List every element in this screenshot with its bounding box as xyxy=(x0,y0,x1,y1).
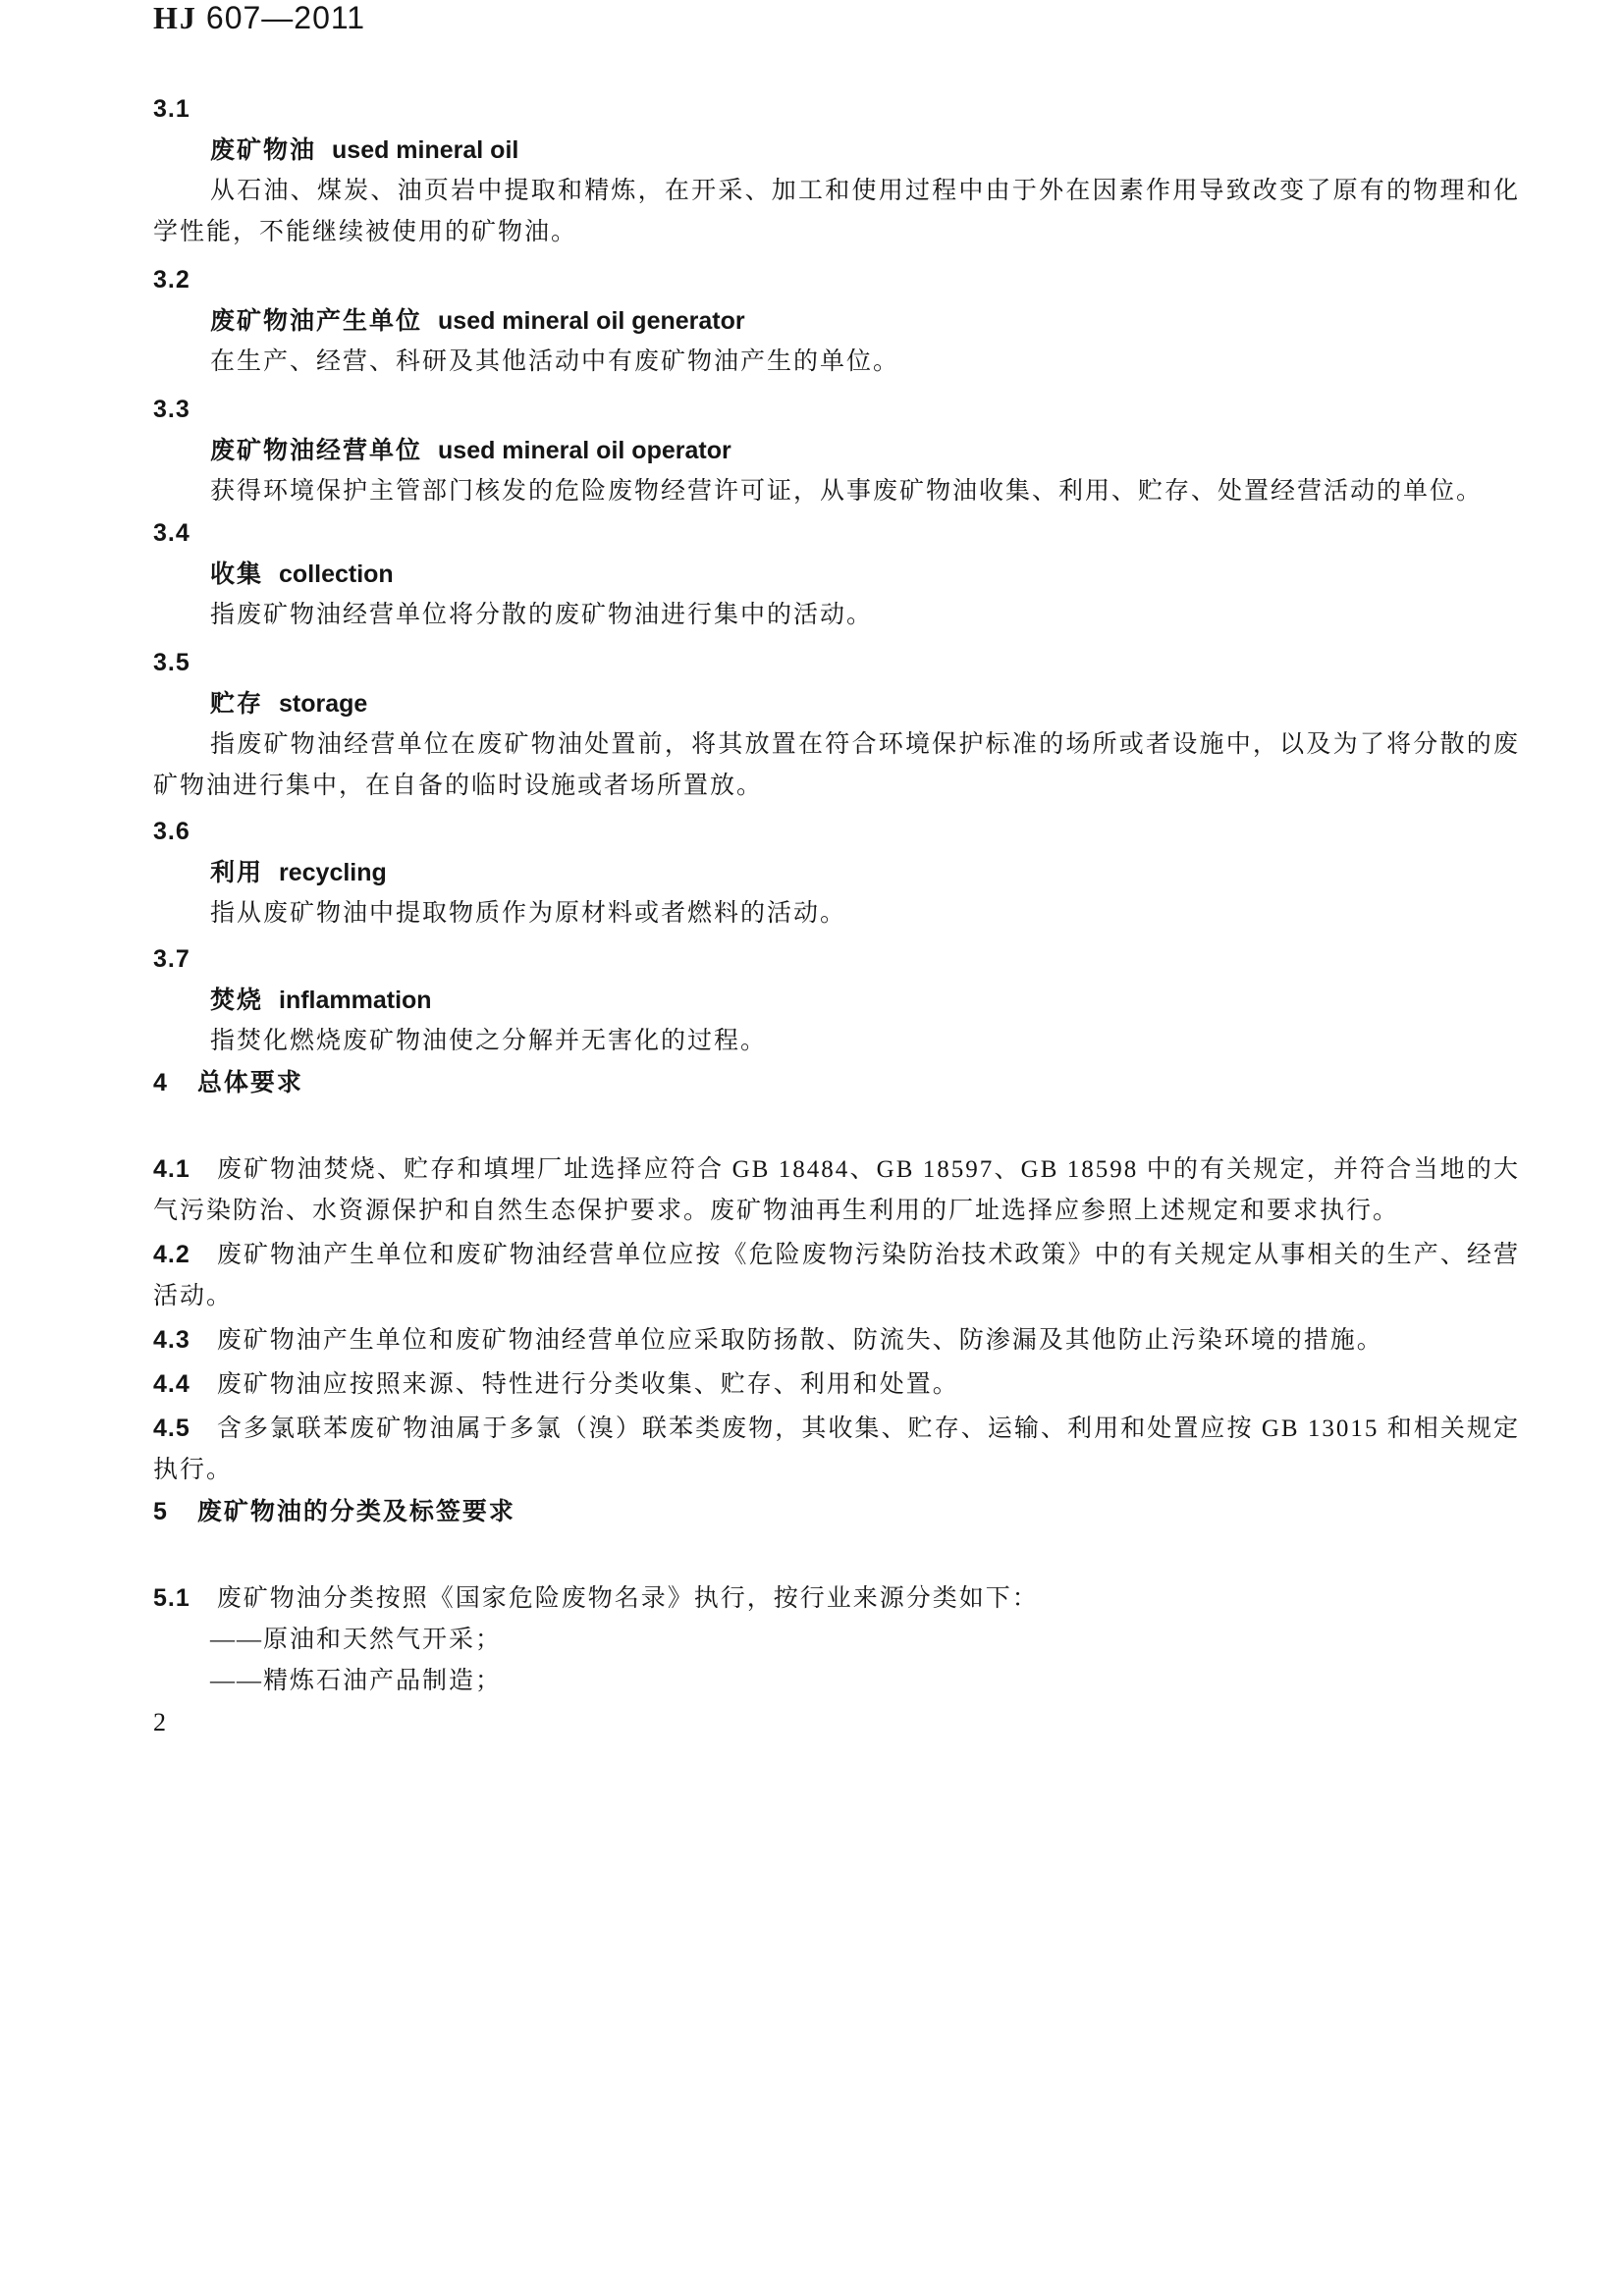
doc-code-header: HJ607—2011 xyxy=(153,0,1520,35)
terms-section: 3.1 废矿物油used mineral oil 从石油、煤炭、油页岩中提取和精… xyxy=(153,88,1520,1062)
clause-number: 4.3 xyxy=(153,1326,190,1354)
term-definition: 指焚化燃烧废矿物油使之分解并无害化的过程。 xyxy=(153,1021,1520,1062)
term-heading: 利用recycling xyxy=(153,852,1520,893)
clause-4-1: 4.1废矿物油焚烧、贮存和填埋厂址选择应符合 GB 18484、GB 18597… xyxy=(153,1148,1520,1232)
term-section-3-2: 3.2 废矿物油产生单位used mineral oil generator 在… xyxy=(153,259,1520,383)
page-number: 2 xyxy=(153,1702,1520,1743)
section-number: 5 xyxy=(153,1498,167,1525)
clause-4-5: 4.5含多氯联苯废矿物油属于多氯（溴）联苯类废物，其收集、贮存、运输、利用和处置… xyxy=(153,1408,1520,1491)
term-en: storage xyxy=(279,690,367,718)
section-4-heading: 4总体要求 xyxy=(153,1062,1520,1103)
term-zh: 废矿物油经营单位 xyxy=(210,437,422,464)
clause-number: 3.7 xyxy=(153,938,1520,980)
page-content: HJ607—2011 3.1 废矿物油used mineral oil 从石油、… xyxy=(153,0,1520,1743)
clause-text: 含多氯联苯废矿物油属于多氯（溴）联苯类废物，其收集、贮存、运输、利用和处置应按 … xyxy=(153,1415,1520,1483)
clause-number: 4.2 xyxy=(153,1241,190,1268)
clause-4-4: 4.4废矿物油应按照来源、特性进行分类收集、贮存、利用和处置。 xyxy=(153,1363,1520,1406)
term-heading: 贮存storage xyxy=(153,683,1520,724)
list-item-crude-oil: ——原油和天然气开采； xyxy=(153,1620,1520,1661)
clause-number: 5.1 xyxy=(153,1584,190,1612)
term-heading: 焚烧inflammation xyxy=(153,980,1520,1021)
term-zh: 收集 xyxy=(210,561,263,588)
section-number: 4 xyxy=(153,1069,167,1096)
clause-4-2: 4.2废矿物油产生单位和废矿物油经营单位应按《危险废物污染防治技术政策》中的有关… xyxy=(153,1234,1520,1317)
term-section-3-1: 3.1 废矿物油used mineral oil 从石油、煤炭、油页岩中提取和精… xyxy=(153,88,1520,253)
clause-number: 3.3 xyxy=(153,389,1520,430)
clause-text: 废矿物油产生单位和废矿物油经营单位应按《危险废物污染防治技术政策》中的有关规定从… xyxy=(153,1242,1520,1309)
clause-number: 4.4 xyxy=(153,1370,190,1398)
term-en: inflammation xyxy=(279,987,432,1014)
doc-code-prefix: HJ xyxy=(153,0,197,35)
section-title: 总体要求 xyxy=(197,1069,303,1096)
clause-number: 3.4 xyxy=(153,512,1520,554)
clause-number: 3.5 xyxy=(153,642,1520,683)
term-definition: 在生产、经营、科研及其他活动中有废矿物油产生的单位。 xyxy=(153,342,1520,383)
clause-text: 废矿物油焚烧、贮存和填埋厂址选择应符合 GB 18484、GB 18597、GB… xyxy=(153,1156,1520,1224)
term-zh: 焚烧 xyxy=(210,987,263,1014)
clause-4-3: 4.3废矿物油产生单位和废矿物油经营单位应采取防扬散、防流失、防渗漏及其他防止污… xyxy=(153,1319,1520,1362)
term-section-3-5: 3.5 贮存storage 指废矿物油经营单位在废矿物油处置前，将其放置在符合环… xyxy=(153,642,1520,807)
doc-code-number: 607—2011 xyxy=(206,0,365,35)
list-item-refined-petroleum: ——精炼石油产品制造； xyxy=(153,1661,1520,1702)
term-section-3-4: 3.4 收集collection 指废矿物油经营单位将分散的废矿物油进行集中的活… xyxy=(153,512,1520,636)
clause-text: 废矿物油应按照来源、特性进行分类收集、贮存、利用和处置。 xyxy=(217,1371,959,1398)
section-5-heading: 5废矿物油的分类及标签要求 xyxy=(153,1491,1520,1532)
term-definition: 从石油、煤炭、油页岩中提取和精炼，在开采、加工和使用过程中由于外在因素作用导致改… xyxy=(153,171,1520,253)
term-zh: 废矿物油 xyxy=(210,136,316,164)
clause-text: 废矿物油产生单位和废矿物油经营单位应采取防扬散、防流失、防渗漏及其他防止污染环境… xyxy=(217,1327,1383,1354)
term-section-3-7: 3.7 焚烧inflammation 指焚化燃烧废矿物油使之分解并无害化的过程。 xyxy=(153,938,1520,1062)
term-en: used mineral oil operator xyxy=(438,437,731,464)
term-en: used mineral oil generator xyxy=(438,307,745,335)
term-heading: 废矿物油经营单位used mineral oil operator xyxy=(153,430,1520,471)
term-en: used mineral oil xyxy=(332,136,518,164)
term-zh: 废矿物油产生单位 xyxy=(210,307,422,335)
term-heading: 废矿物油used mineral oil xyxy=(153,130,1520,171)
clause-number: 4.5 xyxy=(153,1415,190,1442)
term-en: recycling xyxy=(279,859,387,886)
clause-text: 废矿物油分类按照《国家危险废物名录》执行，按行业来源分类如下： xyxy=(217,1585,1039,1612)
term-en: collection xyxy=(279,561,394,588)
term-zh: 贮存 xyxy=(210,690,263,718)
term-definition: 获得环境保护主管部门核发的危险废物经营许可证，从事废矿物油收集、利用、贮存、处置… xyxy=(153,471,1520,512)
clause-number: 4.1 xyxy=(153,1155,190,1183)
term-definition: 指废矿物油经营单位在废矿物油处置前，将其放置在符合环境保护标准的场所或者设施中，… xyxy=(153,724,1520,807)
term-definition: 指废矿物油经营单位将分散的废矿物油进行集中的活动。 xyxy=(153,595,1520,636)
clause-5-1: 5.1废矿物油分类按照《国家危险废物名录》执行，按行业来源分类如下： xyxy=(153,1577,1520,1620)
term-definition: 指从废矿物油中提取物质作为原材料或者燃料的活动。 xyxy=(153,893,1520,934)
term-heading: 收集collection xyxy=(153,554,1520,595)
clause-number: 3.2 xyxy=(153,259,1520,300)
term-section-3-3: 3.3 废矿物油经营单位used mineral oil operator 获得… xyxy=(153,389,1520,512)
clause-number: 3.1 xyxy=(153,88,1520,130)
section-title: 废矿物油的分类及标签要求 xyxy=(197,1498,515,1525)
clause-number: 3.6 xyxy=(153,811,1520,852)
term-heading: 废矿物油产生单位used mineral oil generator xyxy=(153,300,1520,342)
term-section-3-6: 3.6 利用recycling 指从废矿物油中提取物质作为原材料或者燃料的活动。 xyxy=(153,811,1520,934)
term-zh: 利用 xyxy=(210,859,263,886)
document-page: HJ607—2011 3.1 废矿物油used mineral oil 从石油、… xyxy=(0,0,1624,2296)
